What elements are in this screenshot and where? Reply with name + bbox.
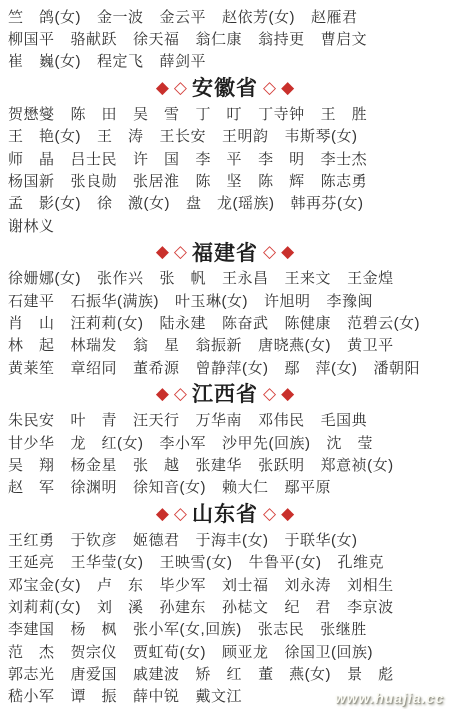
person-name: 王华莹(女) (71, 551, 144, 572)
person-name: 陈奋武 (222, 312, 269, 333)
diamond-outline-icon: ◇ (263, 505, 276, 522)
person-name: 张跃明 (258, 454, 305, 475)
person-name: 石建平 (8, 290, 55, 311)
diamond-outline-icon: ◇ (174, 243, 187, 260)
person-name: 李 明 (258, 148, 305, 169)
person-name: 石振华(满族) (71, 290, 160, 311)
person-name: 景 彪 (347, 663, 394, 684)
name-row: 范 杰贺宗仪贾虹荀(女)顾亚龙徐国卫(回族) (8, 640, 442, 662)
person-name: 张继胜 (320, 618, 367, 639)
person-name: 姬德君 (133, 529, 180, 550)
person-name: 柳国平 (8, 28, 55, 49)
person-name: 贺懋燮 (8, 103, 55, 124)
name-row: 黄莱笙章绍同董希源曾静萍(女)鄢 萍(女)潘朝阳 (8, 356, 442, 378)
person-name: 李小军 (160, 432, 207, 453)
diamond-filled-icon: ◆ (156, 79, 169, 96)
person-name: 王延亮 (8, 551, 55, 572)
person-name: 林瑞发 (71, 334, 118, 355)
person-name: 韩再芬(女) (291, 192, 364, 213)
person-name: 唐晓燕(女) (258, 334, 331, 355)
person-name: 金云平 (160, 6, 207, 27)
person-name: 薛中锐 (133, 685, 180, 706)
name-row: 肖 山汪莉莉(女)陆永建陈奋武陈健康范碧云(女) (8, 311, 442, 333)
person-name: 徐知音(女) (133, 476, 206, 497)
person-name: 孙建东 (160, 596, 207, 617)
name-row: 赵 军徐渊明徐知音(女)赖大仁鄢平原 (8, 476, 442, 498)
name-row: 柳国平骆献跃徐天福翁仁康翁持更曹启文 (8, 27, 442, 49)
person-name: 黄卫平 (347, 334, 394, 355)
person-name: 张 帆 (160, 267, 207, 288)
person-name: 毕少军 (160, 574, 207, 595)
person-name: 于联华(女) (285, 529, 358, 550)
person-name: 邓宝金(女) (8, 574, 81, 595)
person-name: 鄢平原 (285, 476, 332, 497)
name-row: 李建国杨 枫张小军(女,回族)张志民张继胜 (8, 618, 442, 640)
name-row: 王 艳(女)王 涛王长安王明韵韦斯琴(女) (8, 125, 442, 147)
person-name: 肖 山 (8, 312, 55, 333)
name-roster-page: 竺 鸽(女)金一波金云平赵依芳(女)赵雁君柳国平骆献跃徐天福翁仁康翁持更曹启文崔… (0, 0, 450, 709)
name-row: 邓宝金(女)卢 东毕少军刘士福刘永涛刘相生 (8, 573, 442, 595)
person-name: 李建国 (8, 618, 55, 639)
person-name: 孟 影(女) (8, 192, 81, 213)
diamond-outline-icon: ◇ (263, 79, 276, 96)
name-row: 石建平石振华(满族)叶玉琳(女)许旭明李豫闽 (8, 289, 442, 311)
name-row: 竺 鸽(女)金一波金云平赵依芳(女)赵雁君 (8, 5, 442, 27)
section-header: ◆◇安徽省◇◆ (8, 72, 442, 102)
province-title: 山东省 (192, 498, 258, 528)
section-header: ◆◇福建省◇◆ (8, 237, 442, 267)
person-name: 陈 坚 (196, 170, 243, 191)
person-name: 盘 龙(瑶族) (186, 192, 275, 213)
person-name: 丁寺钟 (258, 103, 305, 124)
person-name: 翁 星 (133, 334, 180, 355)
person-name: 王 胜 (321, 103, 368, 124)
diamond-outline-icon: ◇ (174, 79, 187, 96)
name-row: 杨国新张良勋张居淮陈 坚陈 辉陈志勇 (8, 169, 442, 191)
person-name: 丁 叮 (196, 103, 243, 124)
person-name: 于海丰(女) (196, 529, 269, 550)
person-name: 刘士福 (222, 574, 269, 595)
person-name: 谢林义 (8, 215, 55, 236)
person-name: 叶玉琳(女) (175, 290, 248, 311)
person-name: 许旭明 (264, 290, 311, 311)
person-name: 曾静萍(女) (196, 357, 269, 378)
person-name: 金一波 (97, 6, 144, 27)
person-name: 徐渊明 (71, 476, 118, 497)
person-name: 王永昌 (222, 267, 269, 288)
person-name: 张作兴 (97, 267, 144, 288)
person-name: 毛国典 (321, 409, 368, 430)
province-title: 福建省 (192, 237, 258, 267)
person-name: 贺宗仪 (71, 641, 118, 662)
person-name: 沙甲先(回族) (222, 432, 311, 453)
person-name: 王长安 (160, 125, 207, 146)
person-name: 崔 巍(女) (8, 50, 81, 71)
person-name: 李京波 (347, 596, 394, 617)
person-name: 潘朝阳 (374, 357, 421, 378)
person-name: 谭 振 (71, 685, 118, 706)
person-name: 矫 红 (196, 663, 243, 684)
person-name: 王来文 (285, 267, 332, 288)
person-name: 翁持更 (258, 28, 305, 49)
person-name: 甘少华 (8, 432, 55, 453)
person-name: 龙 红(女) (71, 432, 144, 453)
person-name: 王 艳(女) (8, 125, 81, 146)
person-name: 吕士民 (71, 148, 118, 169)
person-name: 孔维克 (338, 551, 385, 572)
person-name: 汪天行 (133, 409, 180, 430)
person-name: 郑意祯(女) (321, 454, 394, 475)
person-name: 徐姗娜(女) (8, 267, 81, 288)
person-name: 翁振新 (196, 334, 243, 355)
person-name: 顾亚龙 (222, 641, 269, 662)
person-name: 徐国卫(回族) (285, 641, 374, 662)
person-name: 戚建波 (133, 663, 180, 684)
person-name: 杨国新 (8, 170, 55, 191)
person-name: 程定飞 (97, 50, 144, 71)
person-name: 牛鲁平(女) (249, 551, 322, 572)
diamond-filled-icon: ◆ (156, 243, 169, 260)
person-name: 薛剑平 (160, 50, 207, 71)
person-name: 李士杰 (321, 148, 368, 169)
person-name: 王金煌 (347, 267, 394, 288)
person-name: 陈 田 (71, 103, 118, 124)
diamond-filled-icon: ◆ (281, 385, 294, 402)
name-row: 贺懋燮陈 田吴 雪丁 叮丁寺钟王 胜 (8, 102, 442, 124)
person-name: 孙梽文 (222, 596, 269, 617)
person-name: 刘永涛 (285, 574, 332, 595)
province-title: 安徽省 (192, 72, 258, 102)
diamond-filled-icon: ◆ (156, 505, 169, 522)
person-name: 杨金星 (71, 454, 118, 475)
person-name: 张 越 (133, 454, 180, 475)
roster-sections: 竺 鸽(女)金一波金云平赵依芳(女)赵雁君柳国平骆献跃徐天福翁仁康翁持更曹启文崔… (8, 5, 442, 707)
name-row: 谢林义 (8, 214, 442, 236)
person-name: 许 国 (133, 148, 180, 169)
person-name: 黄莱笙 (8, 357, 55, 378)
person-name: 陈 辉 (258, 170, 305, 191)
diamond-filled-icon: ◆ (281, 79, 294, 96)
person-name: 嵇小军 (8, 685, 55, 706)
diamond-filled-icon: ◆ (281, 505, 294, 522)
person-name: 于钦彦 (71, 529, 118, 550)
person-name: 王红勇 (8, 529, 55, 550)
name-row: 王红勇于钦彦姬德君于海丰(女)于联华(女) (8, 528, 442, 550)
person-name: 曹启文 (321, 28, 368, 49)
person-name: 刘 溪 (97, 596, 144, 617)
person-name: 郭志光 (8, 663, 55, 684)
person-name: 竺 鸽(女) (8, 6, 81, 27)
name-row: 甘少华龙 红(女)李小军沙甲先(回族)沈 莹 (8, 431, 442, 453)
name-row: 朱民安叶 青汪天行万华南邓伟民毛国典 (8, 408, 442, 430)
person-name: 范碧云(女) (347, 312, 420, 333)
person-name: 董 燕(女) (258, 663, 331, 684)
diamond-outline-icon: ◇ (174, 385, 187, 402)
name-row: 郭志光唐爱国戚建波矫 红董 燕(女)景 彪 (8, 662, 442, 684)
name-row: 师 晶吕士民许 国李 平李 明李士杰 (8, 147, 442, 169)
person-name: 李 平 (196, 148, 243, 169)
person-name: 董希源 (133, 357, 180, 378)
person-name: 张志民 (258, 618, 305, 639)
name-row: 林 起林瑞发翁 星翁振新唐晓燕(女)黄卫平 (8, 334, 442, 356)
province-title: 江西省 (192, 378, 258, 408)
name-row: 孟 影(女)徐 激(女)盘 龙(瑶族)韩再芬(女) (8, 192, 442, 214)
person-name: 张良勋 (71, 170, 118, 191)
person-name: 吴 翔 (8, 454, 55, 475)
person-name: 李豫闽 (327, 290, 374, 311)
person-name: 戴文江 (196, 685, 243, 706)
diamond-filled-icon: ◆ (281, 243, 294, 260)
person-name: 林 起 (8, 334, 55, 355)
watermark: www.huajia.cc (335, 690, 444, 706)
person-name: 韦斯琴(女) (285, 125, 358, 146)
person-name: 陆永建 (160, 312, 207, 333)
person-name: 刘相生 (347, 574, 394, 595)
section-header: ◆◇山东省◇◆ (8, 498, 442, 528)
person-name: 张居淮 (133, 170, 180, 191)
person-name: 邓伟民 (258, 409, 305, 430)
person-name: 章绍同 (71, 357, 118, 378)
person-name: 万华南 (196, 409, 243, 430)
person-name: 王明韵 (222, 125, 269, 146)
person-name: 鄢 萍(女) (285, 357, 358, 378)
person-name: 汪莉莉(女) (71, 312, 144, 333)
diamond-filled-icon: ◆ (156, 385, 169, 402)
name-row: 徐姗娜(女)张作兴张 帆王永昌王来文王金煌 (8, 267, 442, 289)
person-name: 沈 莹 (327, 432, 374, 453)
person-name: 张小军(女,回族) (133, 618, 242, 639)
person-name: 唐爱国 (71, 663, 118, 684)
person-name: 范 杰 (8, 641, 55, 662)
name-row: 崔 巍(女)程定飞薛剑平 (8, 50, 442, 72)
person-name: 张建华 (196, 454, 243, 475)
person-name: 杨 枫 (71, 618, 118, 639)
diamond-outline-icon: ◇ (174, 505, 187, 522)
person-name: 徐天福 (133, 28, 180, 49)
person-name: 赵依芳(女) (222, 6, 295, 27)
diamond-outline-icon: ◇ (263, 243, 276, 260)
person-name: 赵雁君 (311, 6, 358, 27)
person-name: 徐 激(女) (97, 192, 170, 213)
name-row: 王延亮王华莹(女)王映雪(女)牛鲁平(女)孔维克 (8, 550, 442, 572)
person-name: 王 涛 (97, 125, 144, 146)
name-row: 吴 翔杨金星张 越张建华张跃明郑意祯(女) (8, 453, 442, 475)
person-name: 师 晶 (8, 148, 55, 169)
person-name: 陈健康 (285, 312, 332, 333)
person-name: 叶 青 (71, 409, 118, 430)
person-name: 赖大仁 (222, 476, 269, 497)
person-name: 陈志勇 (321, 170, 368, 191)
person-name: 贾虹荀(女) (133, 641, 206, 662)
name-row: 刘莉莉(女)刘 溪孙建东孙梽文纪 君李京波 (8, 595, 442, 617)
section-header: ◆◇江西省◇◆ (8, 378, 442, 408)
person-name: 王映雪(女) (160, 551, 233, 572)
person-name: 卢 东 (97, 574, 144, 595)
person-name: 赵 军 (8, 476, 55, 497)
person-name: 纪 君 (285, 596, 332, 617)
person-name: 吴 雪 (133, 103, 180, 124)
person-name: 朱民安 (8, 409, 55, 430)
person-name: 刘莉莉(女) (8, 596, 81, 617)
person-name: 翁仁康 (196, 28, 243, 49)
diamond-outline-icon: ◇ (263, 385, 276, 402)
person-name: 骆献跃 (71, 28, 118, 49)
